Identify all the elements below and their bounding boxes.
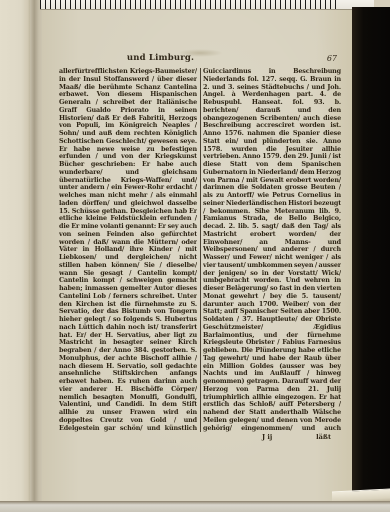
text-column-left: allerfürtrefflichsten Kriegs-Baumeister/… xyxy=(59,68,197,432)
page-number: 67 xyxy=(327,54,337,63)
text-column-right: Guicciardinus in Beschreibung Niederland… xyxy=(203,68,341,432)
book-page: und Limburg. 67 allerfürtrefflichsten Kr… xyxy=(42,8,353,504)
signature-line: J ij läßt xyxy=(59,433,341,442)
signature-mark: J ij xyxy=(262,433,272,441)
running-title: und Limburg. xyxy=(59,53,262,63)
dark-background xyxy=(352,7,390,502)
page-header: und Limburg. 67 xyxy=(59,53,341,66)
scanned-book-photo: und Limburg. 67 allerfürtrefflichsten Kr… xyxy=(0,0,390,512)
column-divider-rule xyxy=(200,68,201,432)
two-column-text: allerfürtrefflichsten Kriegs-Baumeister/… xyxy=(59,68,341,432)
facing-page-edge xyxy=(0,0,30,512)
catchword: läßt xyxy=(316,433,331,441)
measuring-ruler xyxy=(40,0,374,10)
text-block: und Limburg. 67 allerfürtrefflichsten Kr… xyxy=(59,53,341,442)
scanner-bed-edge xyxy=(0,501,390,512)
